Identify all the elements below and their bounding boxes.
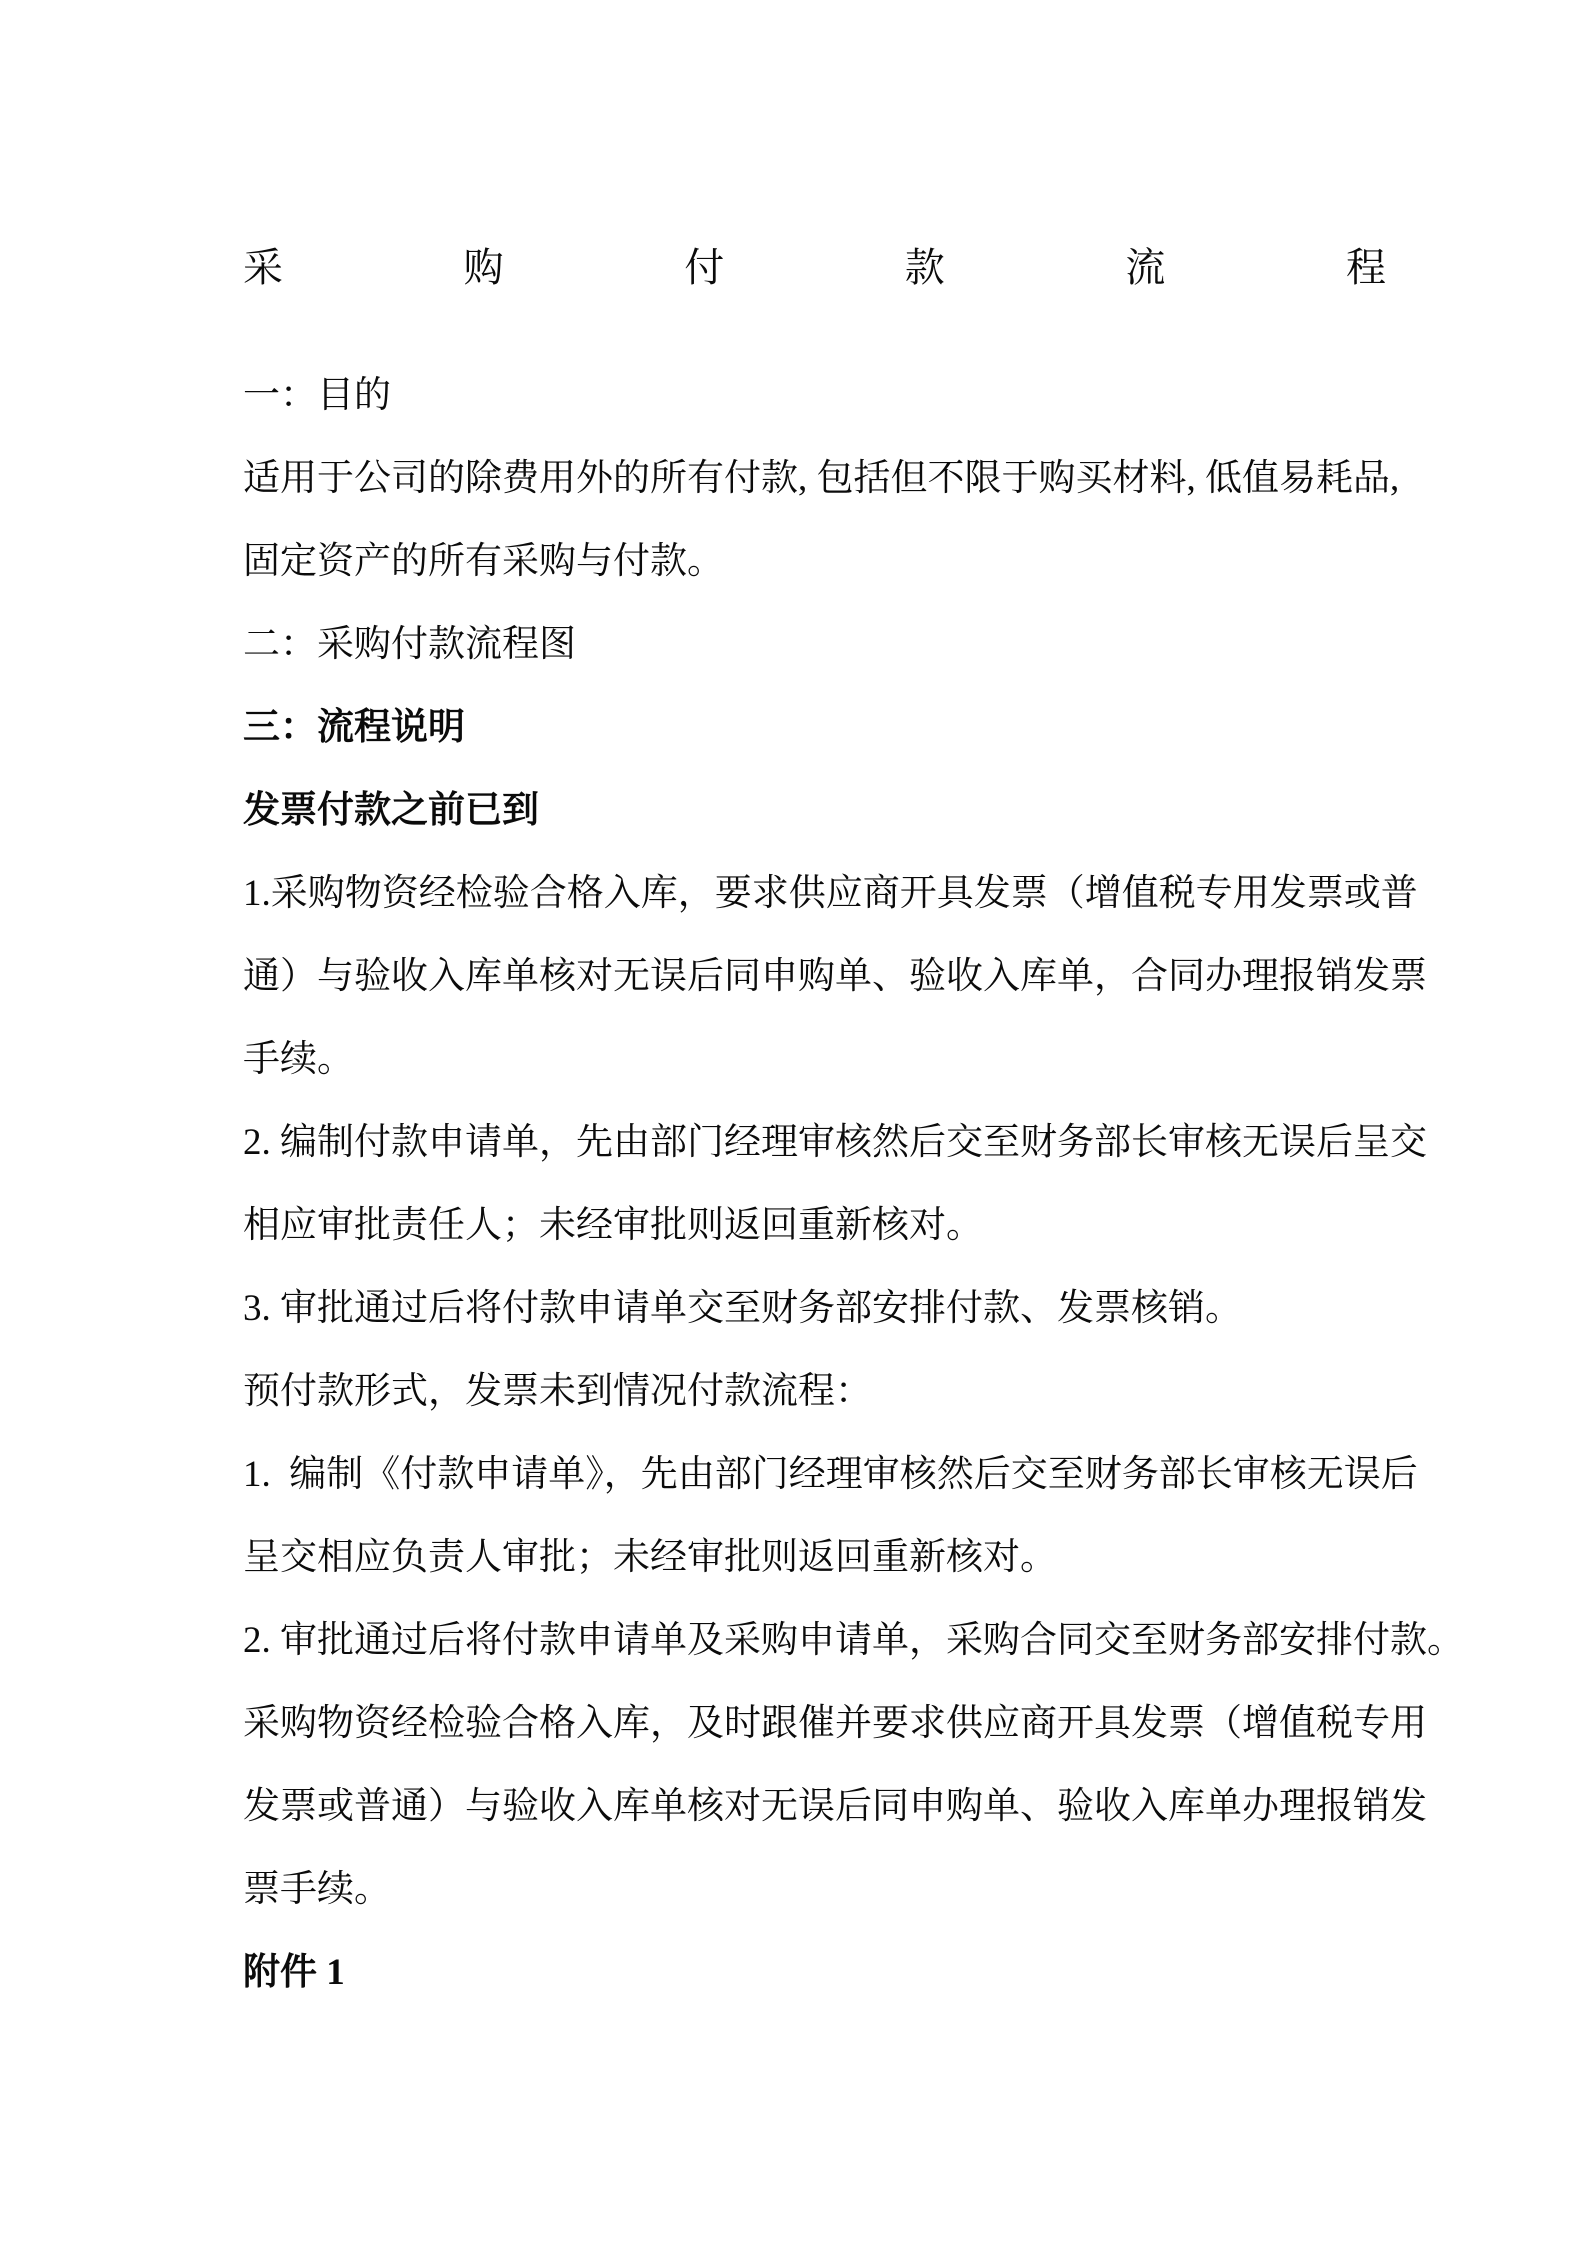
document-line: 2. 编制付款申请单，先由部门经理审核然后交至财务部长审核无误后呈交 (243, 1101, 1418, 1184)
document-line: 预付款形式，发票未到情况付款流程： (243, 1350, 1418, 1433)
document-line: 手续。 (243, 1018, 1418, 1101)
title-char: 付 (684, 243, 724, 293)
document-line: 呈交相应负责人审批；未经审批则返回重新核对。 (243, 1516, 1418, 1599)
document-line: 1. 编制《付款申请单》，先由部门经理审核然后交至财务部长审核无误后 (243, 1433, 1418, 1516)
title-char: 款 (905, 243, 945, 293)
document-line: 票手续。 (243, 1848, 1418, 1931)
document-line: 三：流程说明 (243, 686, 1418, 769)
document-line: 一：目的 (243, 354, 1418, 437)
document-line: 发票付款之前已到 (243, 769, 1418, 852)
title-char: 程 (1346, 243, 1386, 293)
document-line: 3. 审批通过后将付款申请单交至财务部安排付款、发票核销。 (243, 1267, 1418, 1350)
document-line: 通）与验收入库单核对无误后同申购单、验收入库单，合同办理报销发票 (243, 935, 1418, 1018)
document-line: 固定资产的所有采购与付款。 (243, 520, 1418, 603)
document-line: 附件 1 (243, 1931, 1418, 2014)
document-line: 采购物资经检验合格入库，及时跟催并要求供应商开具发票（增值税专用 (243, 1682, 1418, 1765)
document-title: 采购付款流程 (243, 243, 1386, 293)
document-body: 一：目的适用于公司的除费用外的所有付款, 包括但不限于购买材料, 低值易耗品,固… (243, 354, 1418, 2014)
document-line: 相应审批责任人；未经审批则返回重新核对。 (243, 1184, 1418, 1267)
document-line: 1.采购物资经检验合格入库，要求供应商开具发票（增值税专用发票或普 (243, 852, 1418, 935)
document-page: 采购付款流程 一：目的适用于公司的除费用外的所有付款, 包括但不限于购买材料, … (0, 0, 1587, 2245)
document-line: 2. 审批通过后将付款申请单及采购申请单，采购合同交至财务部安排付款。 (243, 1599, 1418, 1682)
document-line: 二：采购付款流程图 (243, 603, 1418, 686)
title-char: 采 (243, 243, 283, 293)
title-char: 购 (464, 243, 504, 293)
title-char: 流 (1125, 243, 1165, 293)
document-line: 适用于公司的除费用外的所有付款, 包括但不限于购买材料, 低值易耗品, (243, 437, 1418, 520)
document-line: 发票或普通）与验收入库单核对无误后同申购单、验收入库单办理报销发 (243, 1765, 1418, 1848)
